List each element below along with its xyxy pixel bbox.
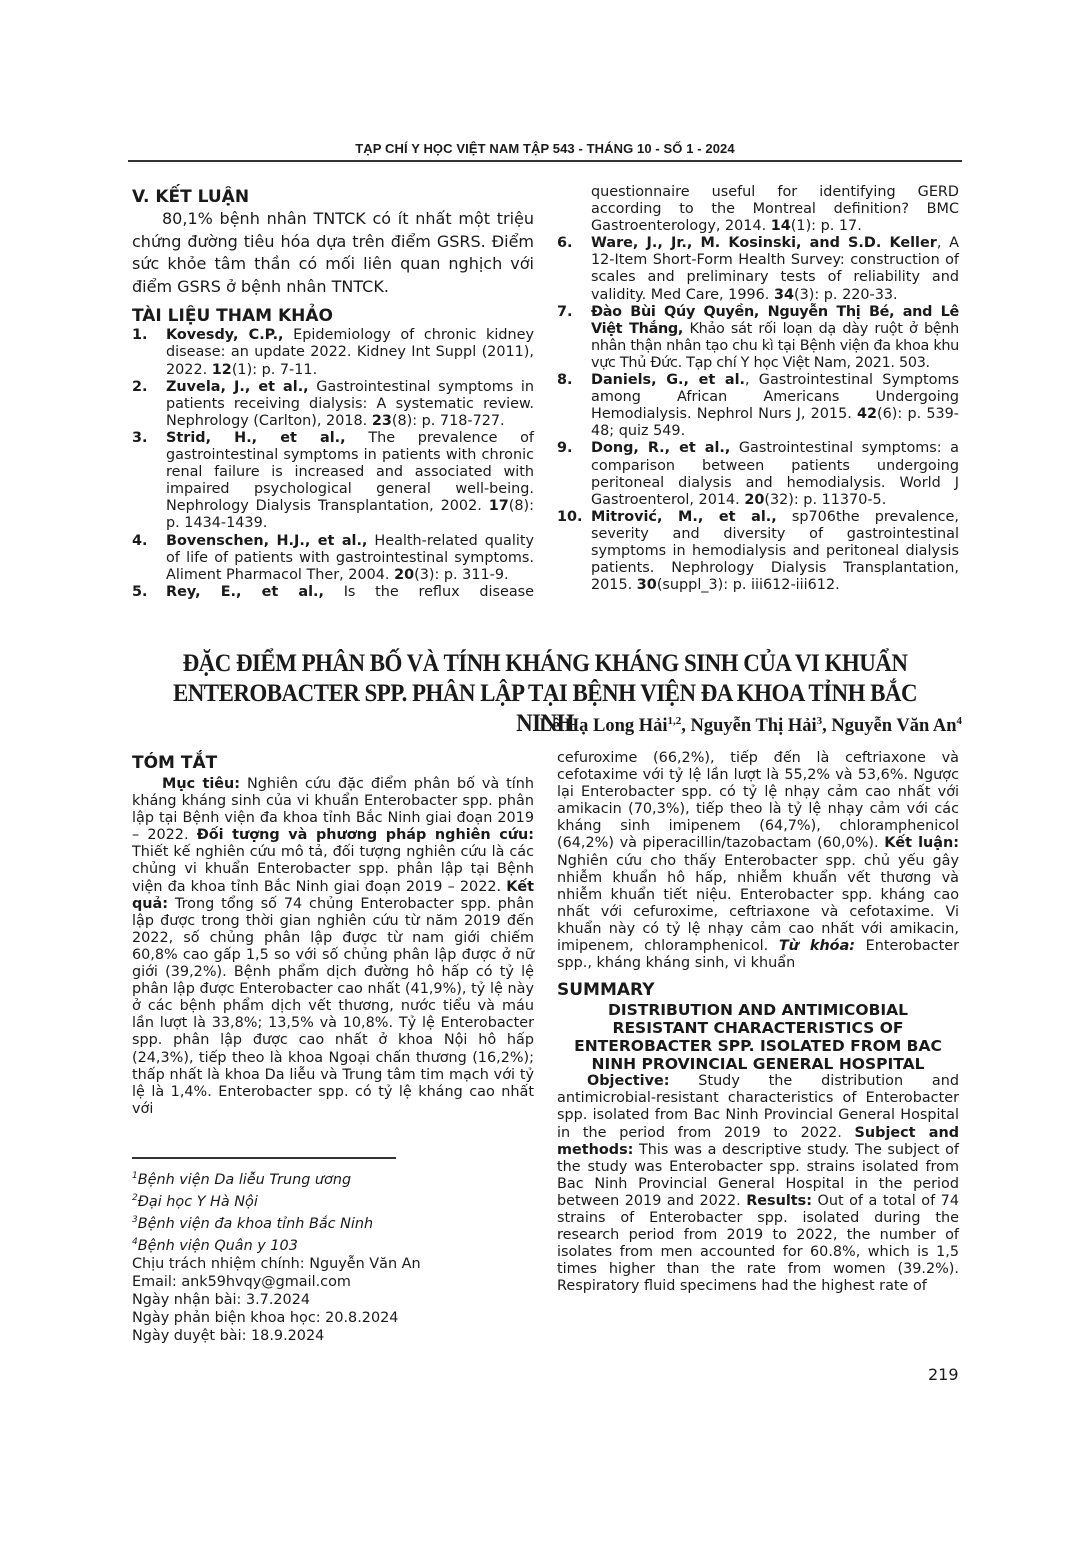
affiliation: 3Bệnh viện đa khoa tỉnh Bắc Ninh — [132, 1211, 532, 1233]
header-rule — [128, 160, 962, 162]
conclusion-text: 80,1% bệnh nhân TNTCK có ít nhất một tri… — [132, 208, 534, 298]
reference-item: 4. Bovenschen, H.J., et al., Health-rela… — [132, 533, 534, 584]
reference-item: 2. Zuvela, J., et al., Gastrointestinal … — [132, 379, 534, 430]
affiliation: 1Bệnh viện Da liễu Trung ương — [132, 1167, 532, 1189]
page-number: 219 — [928, 1365, 959, 1384]
summary-text: Objective: Study the distribution and an… — [557, 1073, 959, 1295]
reference-item: 7. Đào Bùi Qúy Quyền, Nguyễn Thị Bé, and… — [557, 304, 959, 372]
reference-item: 8. Daniels, G., et al., Gastrointestinal… — [557, 372, 959, 440]
affiliation: 2Đại học Y Hà Nội — [132, 1189, 532, 1211]
reference-item: 1. Kovesdy, C.P., Epidemiology of chroni… — [132, 327, 534, 378]
summary-title: DISTRIBUTION AND ANTIMICOBIAL RESISTANT … — [557, 1001, 959, 1073]
review-date: Ngày phản biện khoa học: 20.8.2024 — [132, 1309, 532, 1327]
email[interactable]: Email: ank59hvqy@gmail.com — [132, 1273, 532, 1291]
reference-list-right: 6. Ware, J., Jr., M. Kosinski, and S.D. … — [557, 235, 959, 594]
running-head: TẠP CHÍ Y HỌC VIỆT NAM TẬP 543 - THÁNG 1… — [128, 141, 962, 156]
abstract-vi-heading: TÓM TẮT — [132, 752, 534, 774]
author-name: Lê Hạ Long Hải — [540, 716, 668, 736]
prev-article-right-column: questionnaire useful for identifying GER… — [557, 184, 959, 594]
footnote-rule — [132, 1157, 396, 1159]
author-name: Nguyễn Văn An — [831, 716, 956, 736]
received-date: Ngày nhận bài: 3.7.2024 — [132, 1291, 532, 1309]
reference-item: 9. Dong, R., et al., Gastrointestinal sy… — [557, 440, 959, 508]
affiliation: 4Bệnh viện Quân y 103 — [132, 1233, 532, 1255]
abstract-right-column: cefuroxime (66,2%), tiếp đến là ceftriax… — [557, 750, 959, 1295]
abstract-vi-left: TÓM TẮT Mục tiêu: Nghiên cứu đặc điểm ph… — [132, 752, 534, 1118]
reference-list-left: 1. Kovesdy, C.P., Epidemiology of chroni… — [132, 327, 534, 601]
reference-item-continuation: questionnaire useful for identifying GER… — [557, 184, 959, 235]
article-authors: Lê Hạ Long Hải1,2, Nguyễn Thị Hải3, Nguy… — [540, 715, 962, 737]
reference-item: 5. Rey, E., et al., Is the reflux diseas… — [132, 584, 534, 601]
references-heading: TÀI LIỆU THAM KHẢO — [132, 305, 534, 327]
author-name: Nguyễn Thị Hải — [691, 716, 817, 736]
footnotes: 1Bệnh viện Da liễu Trung ương 2Đại học Y… — [132, 1167, 532, 1345]
summary-heading: SUMMARY — [557, 979, 959, 1001]
reference-item: 3. Strid, H., et al., The prevalence of … — [132, 430, 534, 533]
corresponding-author: Chịu trách nhiệm chính: Nguyễn Văn An — [132, 1255, 532, 1273]
reference-item: 6. Ware, J., Jr., M. Kosinski, and S.D. … — [557, 235, 959, 303]
abstract-vi-continuation: cefuroxime (66,2%), tiếp đến là ceftriax… — [557, 750, 959, 972]
conclusion-heading: V. KẾT LUẬN — [132, 186, 534, 208]
accepted-date: Ngày duyệt bài: 18.9.2024 — [132, 1327, 532, 1345]
reference-item: 10. Mitrović, M., et al., sp706the preva… — [557, 509, 959, 594]
prev-article-left-column: V. KẾT LUẬN 80,1% bệnh nhân TNTCK có ít … — [132, 186, 534, 601]
abstract-vi-text: Mục tiêu: Nghiên cứu đặc điểm phân bố và… — [132, 776, 534, 1118]
